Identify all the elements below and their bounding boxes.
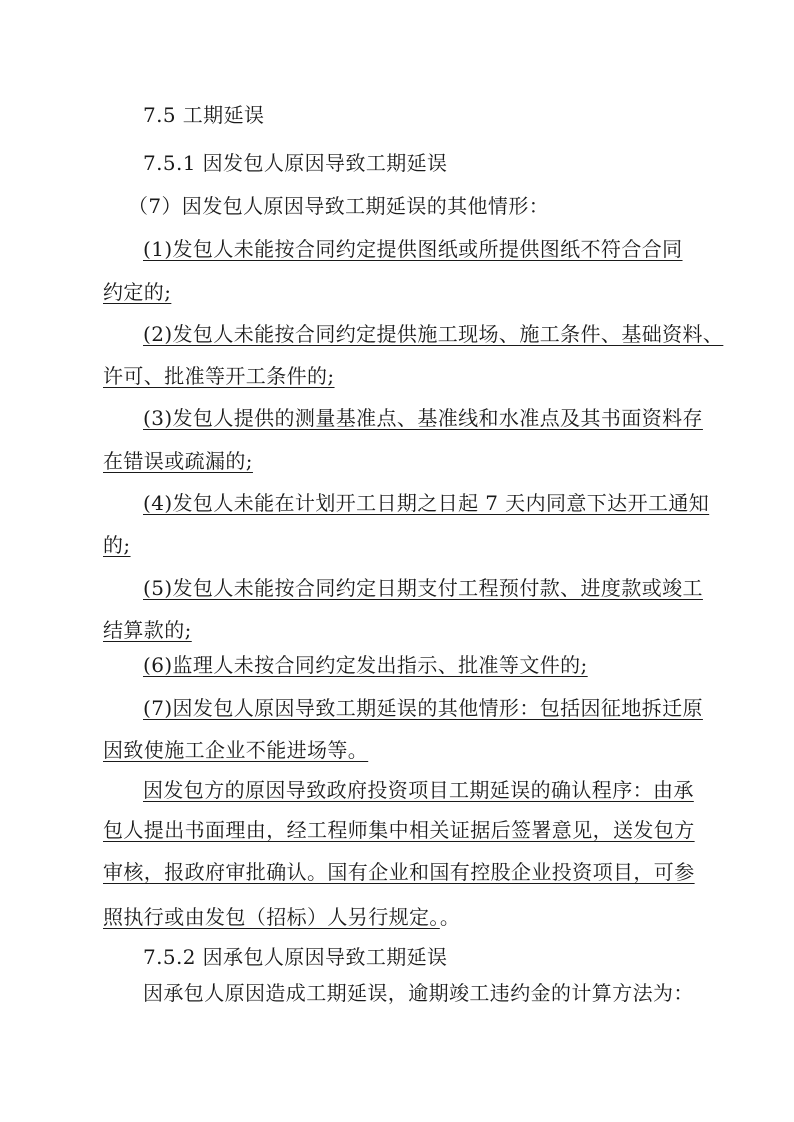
subsection-title: 7.5.1 因发包人原因导致工期延误 [143, 149, 743, 177]
subsection-2-title: 7.5.2 因承包人原因导致工期延误 [143, 943, 743, 971]
underlined-text: 因发包方的原因导致政府投资项目工期延误的确认程序：由承 [143, 778, 694, 802]
underlined-text: (6)监理人未按合同约定发出指示、批准等文件的; [143, 653, 588, 677]
item-3-line-1: (3)发包人提供的测量基准点、基准线和水准点及其书面资料存 [143, 404, 743, 432]
underlined-text: 包人提出书面理由，经工程师集中相关证据后签署意见，送发包方 [103, 818, 695, 842]
item-5-line-2: 结算款的; [103, 616, 703, 644]
item-7-line-2: 因致使施工企业不能进场等。 [103, 736, 703, 764]
subsection-2-body: 因承包人原因造成工期延误，逾期竣工违约金的计算方法为： [143, 979, 743, 1007]
underlined-text: (7)因发包人原因导致工期延误的其他情形：包括因征地拆迁原 [143, 696, 703, 720]
item-4-line-1: (4)发包人未能在计划开工日期之日起 7 天内同意下达开工通知 [143, 489, 743, 517]
item-5-line-1: (5)发包人未能按合同约定日期支付工程预付款、进度款或竣工 [143, 574, 743, 602]
underlined-text: 照执行或由发包（招标）人另行规定。 [103, 905, 440, 929]
underlined-text: 因致使施工企业不能进场等。 [103, 738, 368, 762]
item-7-line-1: (7)因发包人原因导致工期延误的其他情形：包括因征地拆迁原 [143, 694, 743, 722]
underlined-text: 审核，报政府审批确认。国有企业和国有控股企业投资项目，可参 [103, 860, 695, 884]
procedure-line-2: 包人提出书面理由，经工程师集中相关证据后签署意见，送发包方 [103, 816, 703, 844]
underlined-text: (3)发包人提供的测量基准点、基准线和水准点及其书面资料存 [143, 406, 703, 430]
procedure-line-3: 审核，报政府审批确认。国有企业和国有控股企业投资项目，可参 [103, 858, 703, 886]
underlined-text: (2)发包人未能按合同约定提供施工现场、施工条件、基础资料、 [143, 322, 723, 346]
item-1-line-1: (1)发包人未能按合同约定提供图纸或所提供图纸不符合合同 [143, 235, 743, 263]
item-6-line-1: (6)监理人未按合同约定发出指示、批准等文件的; [143, 651, 743, 679]
underlined-text: 许可、批准等开工条件的; [103, 364, 335, 388]
item-3-line-2: 在错误或疏漏的; [103, 447, 703, 475]
trailing-mark: 。 [440, 905, 460, 929]
document-page: 7.5 工期延误 7.5.1 因发包人原因导致工期延误 （7）因发包人原因导致工… [0, 0, 794, 1122]
procedure-line-1: 因发包方的原因导致政府投资项目工期延误的确认程序：由承 [143, 776, 743, 804]
item-1-line-2: 约定的; [103, 278, 703, 306]
intro-text: （7）因发包人原因导致工期延误的其他情形： [128, 192, 728, 220]
item-2-line-2: 许可、批准等开工条件的; [103, 362, 703, 390]
item-2-line-1: (2)发包人未能按合同约定提供施工现场、施工条件、基础资料、 [143, 320, 743, 348]
underlined-text: (1)发包人未能按合同约定提供图纸或所提供图纸不符合合同 [143, 237, 683, 261]
section-title: 7.5 工期延误 [143, 101, 743, 129]
underlined-text: 的; [103, 533, 131, 557]
underlined-text: 约定的; [103, 280, 171, 304]
underlined-text: (4)发包人未能在计划开工日期之日起 7 天内同意下达开工通知 [143, 491, 709, 515]
underlined-text: 在错误或疏漏的; [103, 449, 253, 473]
item-4-line-2: 的; [103, 531, 703, 559]
procedure-line-4: 照执行或由发包（招标）人另行规定。。 [103, 903, 703, 931]
underlined-text: (5)发包人未能按合同约定日期支付工程预付款、进度款或竣工 [143, 576, 703, 600]
underlined-text: 结算款的; [103, 618, 192, 642]
